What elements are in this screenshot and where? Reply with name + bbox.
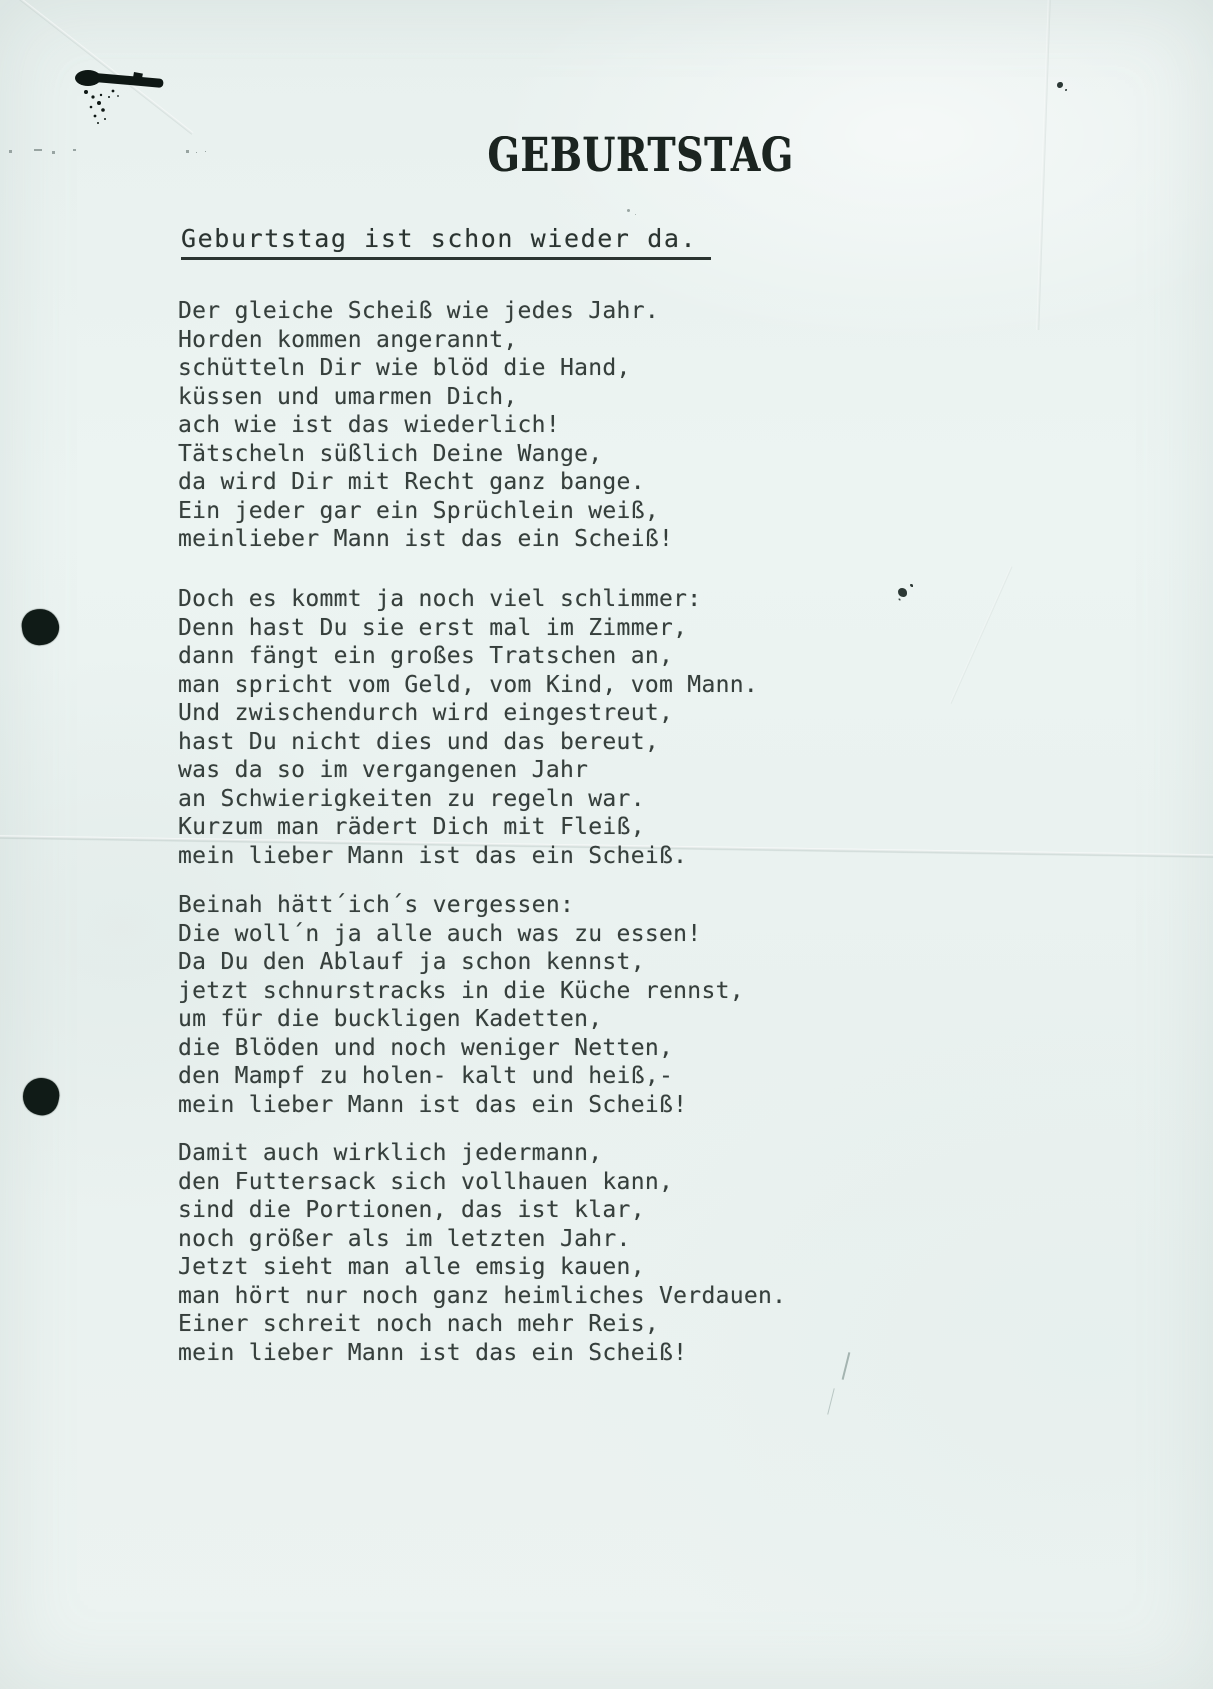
poem-line: Doch es kommt ja noch viel schlimmer: [178,585,758,614]
ink-smudge-icon [74,66,174,128]
ink-blot-icon [20,1075,63,1119]
poem-line: sind die Portionen, das ist klar, [178,1196,786,1225]
dirt-speck-icon [73,149,76,151]
poem-line: die Blöden und noch weniger Netten, [178,1034,744,1063]
ink-blot-icon [20,607,62,648]
poem-line: dann fängt ein großes Tratschen an, [178,642,758,671]
poem-line: um für die buckligen Kadetten, [178,1005,744,1034]
dirt-speck-icon [627,209,630,212]
poem-stanza-2: Doch es kommt ja noch viel schlimmer:Den… [178,585,758,870]
scratch-mark-icon [842,1352,851,1380]
poem-line: Damit auch wirklich jedermann, [178,1139,786,1168]
poem-line: was da so im vergangenen Jahr [178,756,758,785]
poem-line: mein lieber Mann ist das ein Scheiß! [178,1091,744,1120]
dirt-speck-icon [52,151,55,154]
poem-line: Und zwischendurch wird eingestreut, [178,699,758,728]
poem-line: an Schwierigkeiten zu regeln war. [178,785,758,814]
dirt-speck-icon [9,150,12,153]
scanned-page: GEBURTSTAG Geburtstag ist schon wieder d… [0,0,1213,1689]
poem-line: Jetzt sieht man alle emsig kauen, [178,1253,786,1282]
dirt-speck-icon [34,149,42,151]
poem-line: den Mampf zu holen- kalt und heiß,- [178,1062,744,1091]
poem-line: hast Du nicht dies und das bereut, [178,728,758,757]
poem-line: Da Du den Ablauf ja schon kennst, [178,948,744,977]
poem-line: Horden kommen angerannt, [178,326,673,355]
poem-line: mein lieber Mann ist das ein Scheiß. [178,842,758,871]
poem-line: Einer schreit noch nach mehr Reis, [178,1310,786,1339]
poem-line: da wird Dir mit Recht ganz bange. [178,468,673,497]
poem-line: meinlieber Mann ist das ein Scheiß! [178,525,673,554]
poem-line: Denn hast Du sie erst mal im Zimmer, [178,614,758,643]
poem-line: Beinah hätt´ich´s vergessen: [178,891,744,920]
poem-line: Ein jeder gar ein Sprüchlein weiß, [178,497,673,526]
poem-line: schütteln Dir wie blöd die Hand, [178,354,673,383]
poem-stanza-1: Der gleiche Scheiß wie jedes Jahr.Horden… [178,297,673,554]
poem-line: Die woll´n ja alle auch was zu essen! [178,920,744,949]
poem-line: man spricht vom Geld, vom Kind, vom Mann… [178,671,758,700]
ink-speck-icon [1057,82,1063,88]
poem-line: Kurzum man rädert Dich mit Fleiß, [178,813,758,842]
poem-stanza-3: Beinah hätt´ich´s vergessen:Die woll´n j… [178,891,744,1119]
poem-line: jetzt schnurstracks in die Küche rennst, [178,977,744,1006]
paper-wrinkle-right [950,566,1013,704]
poem-line: Tätscheln süßlich Deine Wange, [178,440,673,469]
poem-line: noch größer als im letzten Jahr. [178,1225,786,1254]
page-title: GEBURTSTAG [155,128,1125,183]
poem-line: küssen und umarmen Dich, [178,383,673,412]
poem-line: mein lieber Mann ist das ein Scheiß! [178,1339,786,1368]
poem-line: ach wie ist das wiederlich! [178,411,673,440]
poem-subtitle: Geburtstag ist schon wieder da. [181,224,711,260]
poem-line: den Futtersack sich vollhauen kann, [178,1168,786,1197]
ink-speck-icon [898,588,907,597]
poem-line: Der gleiche Scheiß wie jedes Jahr. [178,297,673,326]
poem-stanza-4: Damit auch wirklich jedermann,den Futter… [178,1139,786,1367]
poem-line: man hört nur noch ganz heimliches Verdau… [178,1282,786,1311]
